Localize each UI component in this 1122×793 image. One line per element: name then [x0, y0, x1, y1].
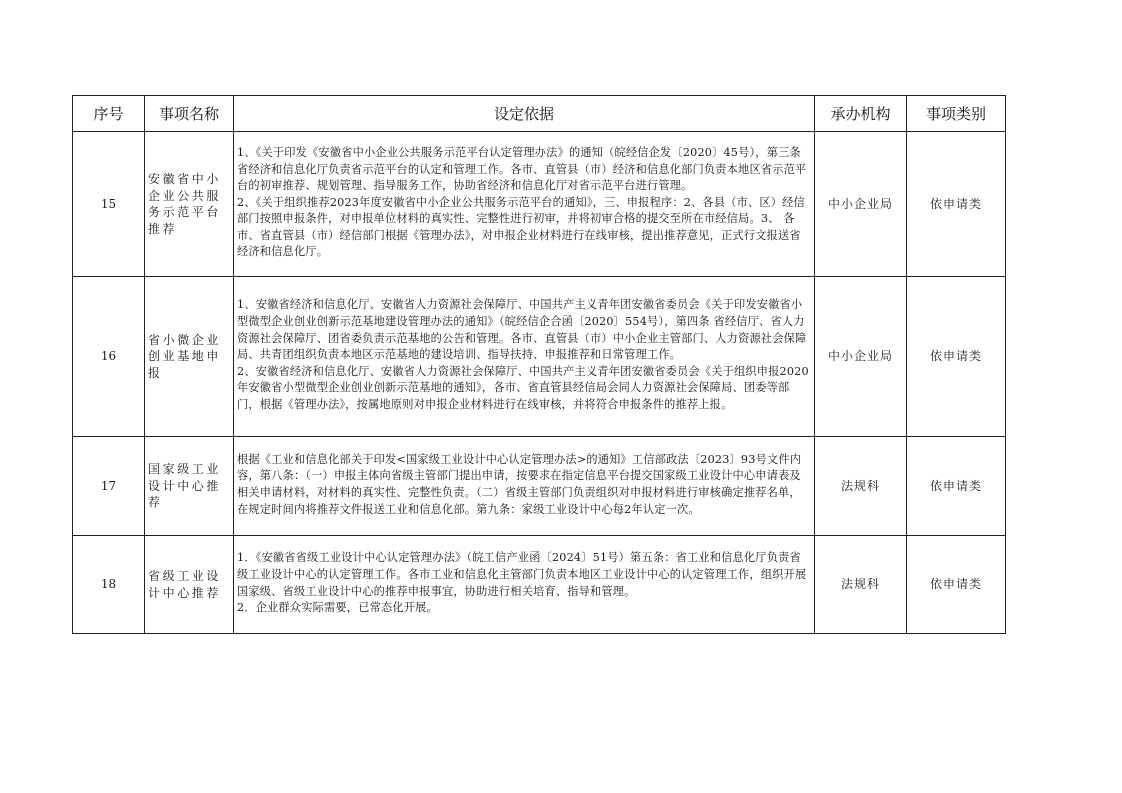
- basis-paragraph: 根据《工业和信息化部关于印发<国家级工业设计中心认定管理办法>的通知》工信部政法…: [237, 452, 811, 518]
- table-row: 15 安徽省中小企业公共服务示范平台推荐 1、《关于印发《安徽省中小企业公共服务…: [73, 132, 1006, 277]
- table-row: 16 省小微企业创业基地申报 1、安徽省经济和信息化厅、安徽省人力资源社会保障厅…: [73, 277, 1006, 437]
- row-type: 依申请类: [907, 132, 1006, 277]
- header-num: 序号: [73, 96, 145, 132]
- row-num: 15: [73, 132, 145, 277]
- row-name: 国家级工业设计中心推荐: [145, 437, 234, 536]
- row-basis: 1、《关于印发《安徽省中小企业公共服务示范平台认定管理办法》的通知（皖经信企发〔…: [234, 132, 815, 277]
- header-row: 序号 事项名称 设定依据 承办机构 事项类别: [73, 96, 1006, 132]
- row-org: 中小企业局: [815, 277, 907, 437]
- row-num: 18: [73, 536, 145, 634]
- table-row: 17 国家级工业设计中心推荐 根据《工业和信息化部关于印发<国家级工业设计中心认…: [73, 437, 1006, 536]
- row-org: 法规科: [815, 437, 907, 536]
- row-org: 法规科: [815, 536, 907, 634]
- row-basis: 根据《工业和信息化部关于印发<国家级工业设计中心认定管理办法>的通知》工信部政法…: [234, 437, 815, 536]
- basis-paragraph: 1、《关于印发《安徽省中小企业公共服务示范平台认定管理办法》的通知（皖经信企发〔…: [237, 145, 811, 195]
- row-type: 依申请类: [907, 437, 1006, 536]
- row-type: 依申请类: [907, 536, 1006, 634]
- basis-paragraph: 1、安徽省经济和信息化厅、安徽省人力资源社会保障厅、中国共产主义青年团安徽省委员…: [237, 297, 811, 363]
- row-org: 中小企业局: [815, 132, 907, 277]
- header-org: 承办机构: [815, 96, 907, 132]
- items-table: 序号 事项名称 设定依据 承办机构 事项类别 15 安徽省中小企业公共服务示范平…: [72, 95, 1006, 634]
- row-basis: 1．《安徽省省级工业设计中心认定管理办法》（皖工信产业函〔2024〕51号）第五…: [234, 536, 815, 634]
- row-basis: 1、安徽省经济和信息化厅、安徽省人力资源社会保障厅、中国共产主义青年团安徽省委员…: [234, 277, 815, 437]
- row-name: 安徽省中小企业公共服务示范平台推荐: [145, 132, 234, 277]
- header-basis: 设定依据: [234, 96, 815, 132]
- header-name: 事项名称: [145, 96, 234, 132]
- row-name: 省小微企业创业基地申报: [145, 277, 234, 437]
- row-num: 17: [73, 437, 145, 536]
- row-name: 省级工业设计中心推荐: [145, 536, 234, 634]
- row-type: 依申请类: [907, 277, 1006, 437]
- basis-paragraph: 2．企业群众实际需要，已常态化开展。: [237, 600, 811, 617]
- basis-paragraph: 2、安徽省经济和信息化厅、安徽省人力资源社会保障厅、中国共产主义青年团安徽省委员…: [237, 364, 811, 414]
- row-num: 16: [73, 277, 145, 437]
- basis-paragraph: 2、《关于组织推荐2023年度安徽省中小企业公共服务示范平台的通知》，三、申报程…: [237, 195, 811, 261]
- header-type: 事项类别: [907, 96, 1006, 132]
- basis-paragraph: 1．《安徽省省级工业设计中心认定管理办法》（皖工信产业函〔2024〕51号）第五…: [237, 550, 811, 600]
- table-row: 18 省级工业设计中心推荐 1．《安徽省省级工业设计中心认定管理办法》（皖工信产…: [73, 536, 1006, 634]
